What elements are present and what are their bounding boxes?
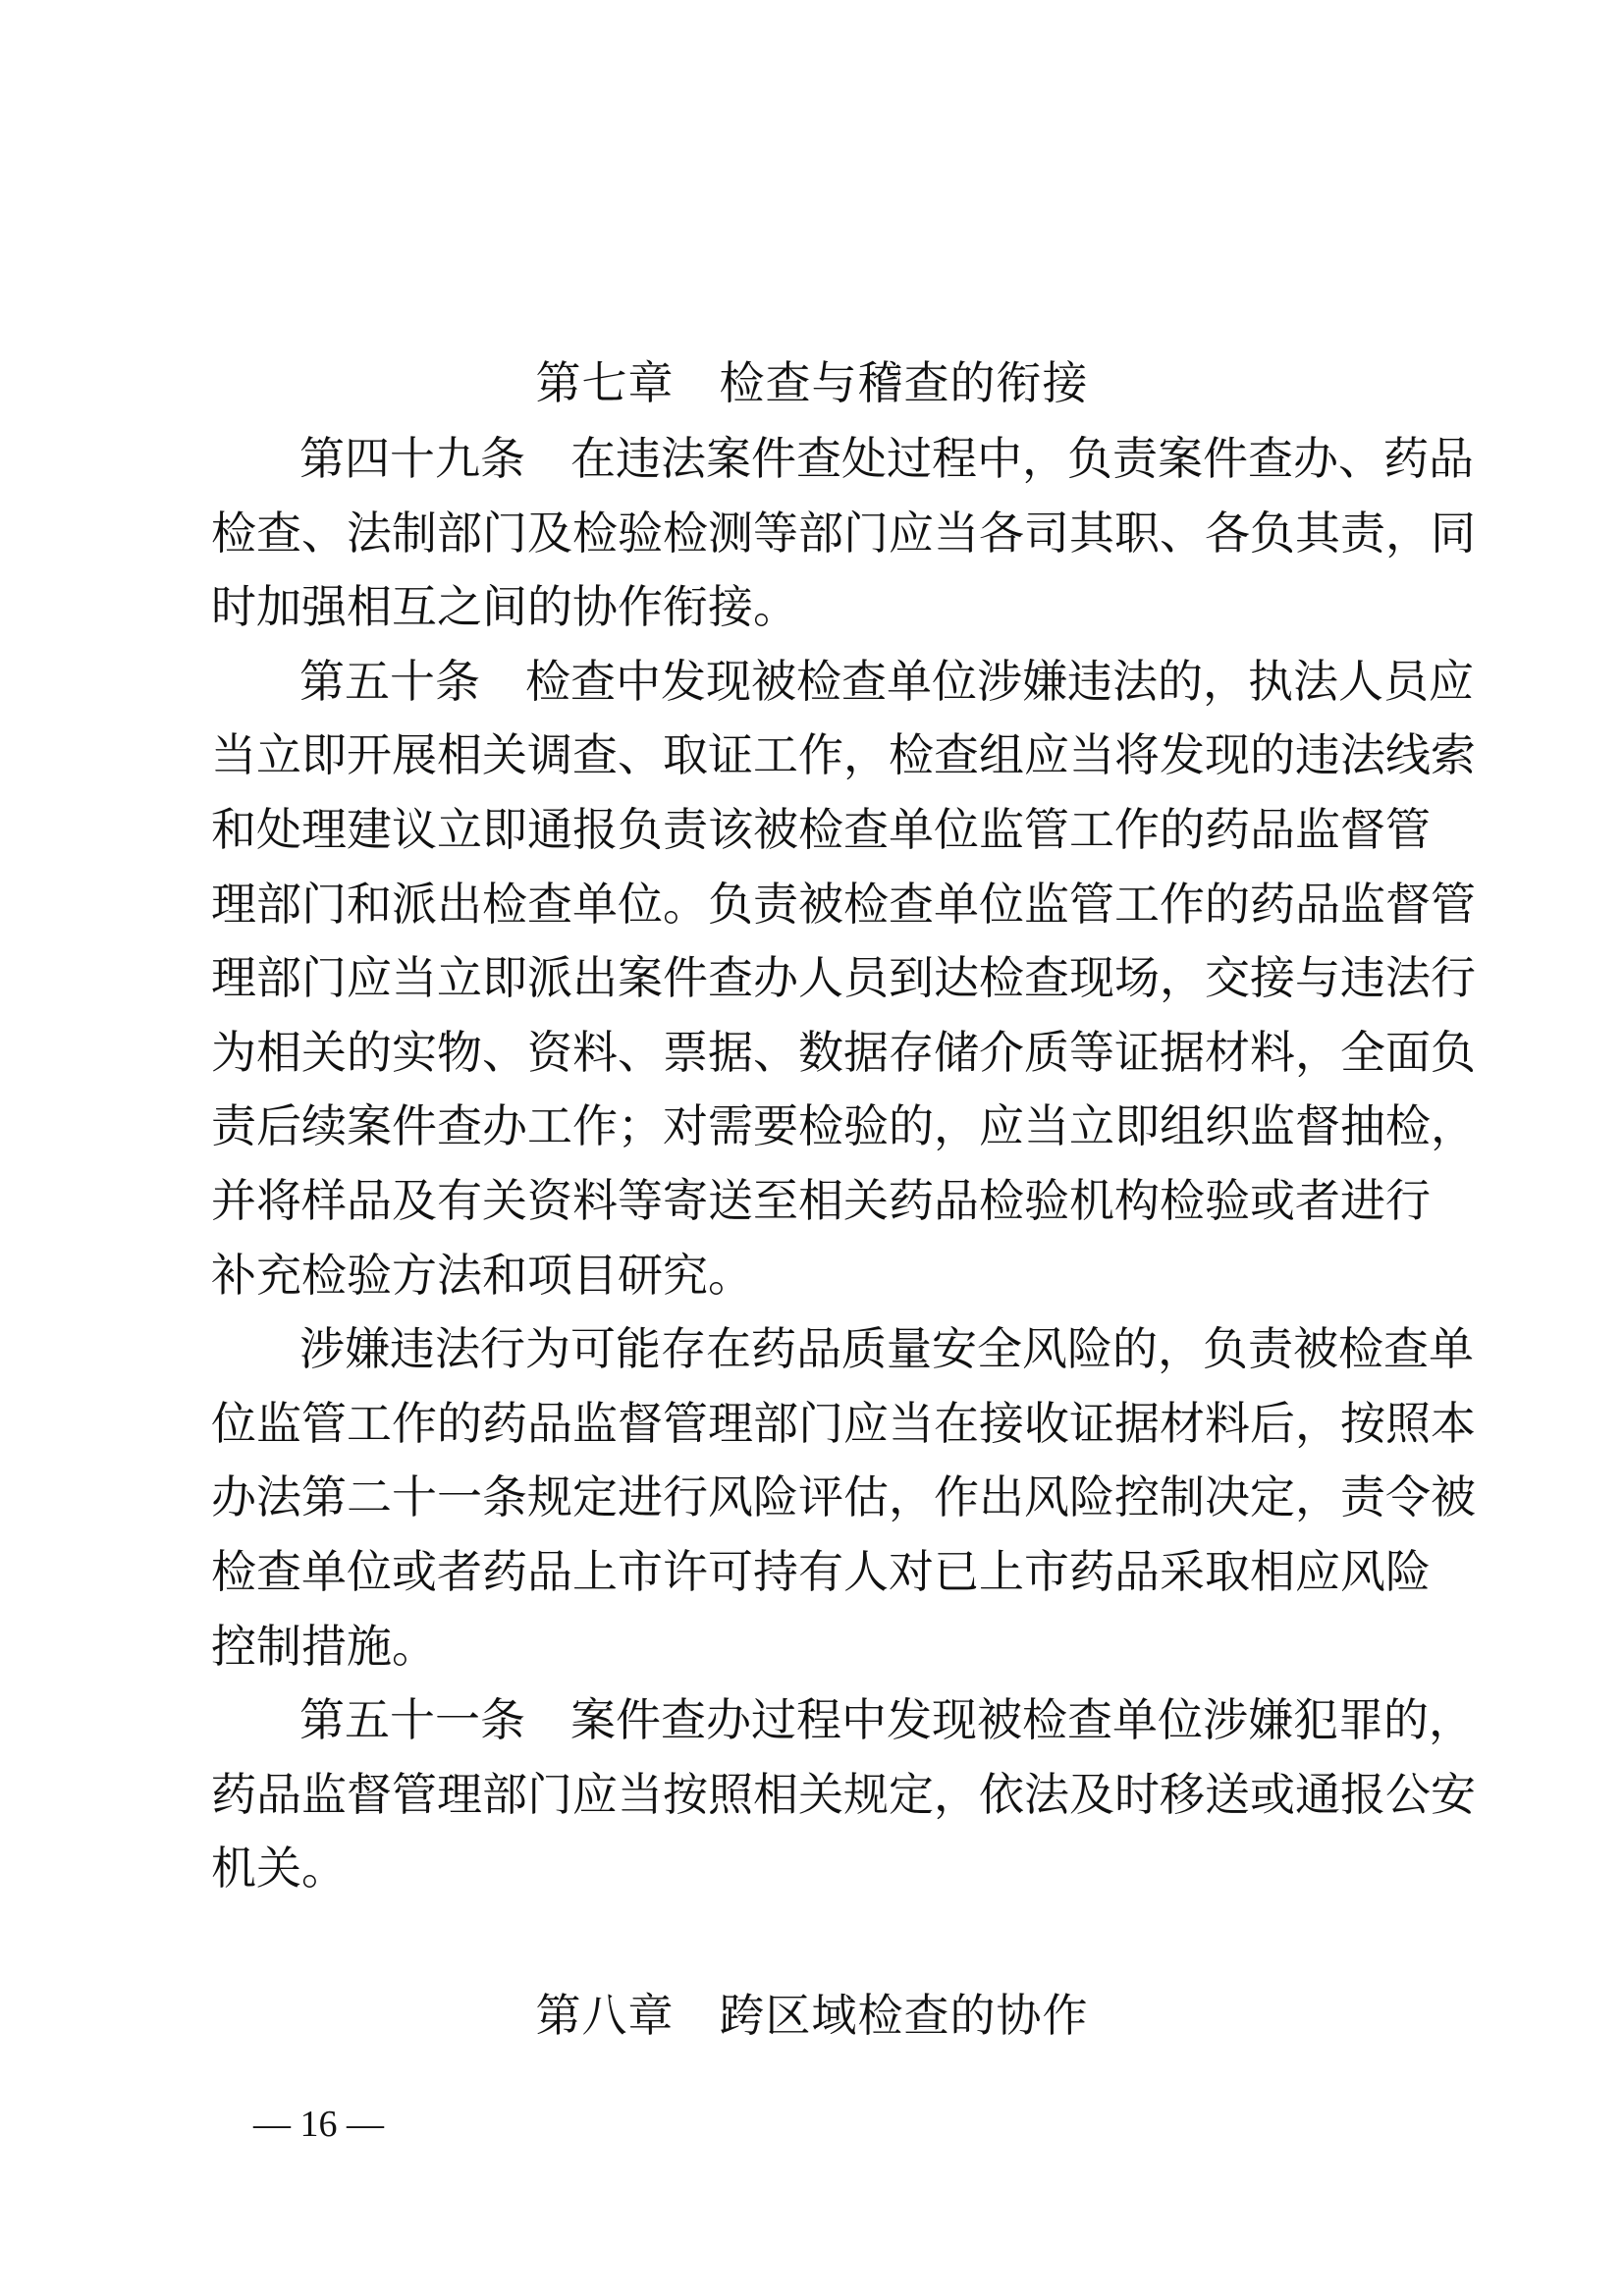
- document-body: 第四十九条 在违法案件查处过程中，负责案件查办、药品检查、法制部门及检验检测等部…: [211, 422, 1431, 1906]
- text-line: 涉嫌违法行为可能存在药品质量安全风险的，负责被检查单: [211, 1312, 1431, 1387]
- text-line: 补充检验方法和项目研究。: [211, 1239, 1431, 1313]
- document-page: 第七章检查与稽查的衔接 第四十九条 在违法案件查处过程中，负责案件查办、药品检查…: [0, 0, 1624, 2296]
- text-line: 时加强相互之间的协作衔接。: [211, 570, 1431, 645]
- text-line: 第五十一条 案件查办过程中发现被检查单位涉嫌犯罪的，: [211, 1683, 1431, 1758]
- chapter-8-number: 第八章: [536, 1989, 675, 2042]
- text-line: 第五十条 检查中发现被检查单位涉嫌违法的，执法人员应: [211, 645, 1431, 720]
- chapter-8-heading: 第八章跨区域检查的协作: [0, 1978, 1624, 2053]
- text-line: 药品监督管理部门应当按照相关规定，依法及时移送或通报公安: [211, 1758, 1431, 1833]
- text-line: 第四十九条 在违法案件查处过程中，负责案件查办、药品: [211, 422, 1431, 497]
- text-line: 责后续案件查办工作；对需要检验的，应当立即组织监督抽检，: [211, 1090, 1431, 1164]
- text-line: 机关。: [211, 1832, 1431, 1906]
- text-line: 为相关的实物、资料、票据、数据存储介质等证据材料，全面负: [211, 1016, 1431, 1091]
- text-line: 控制措施。: [211, 1610, 1431, 1684]
- page-number: — 16 —: [253, 2101, 384, 2148]
- text-line: 和处理建议立即通报负责该被检查单位监管工作的药品监督管: [211, 793, 1431, 868]
- chapter-7-title: 检查与稽查的衔接: [720, 356, 1089, 409]
- chapter-8-title: 跨区域检查的协作: [720, 1989, 1089, 2042]
- text-line: 位监管工作的药品监督管理部门应当在接收证据材料后，按照本: [211, 1387, 1431, 1462]
- text-line: 检查、法制部门及检验检测等部门应当各司其职、各负其责，同: [211, 497, 1431, 571]
- text-line: 检查单位或者药品上市许可持有人对已上市药品采取相应风险: [211, 1535, 1431, 1610]
- text-line: 理部门应当立即派出案件查办人员到达检查现场，交接与违法行: [211, 941, 1431, 1016]
- chapter-7-heading: 第七章检查与稽查的衔接: [0, 346, 1624, 420]
- text-line: 当立即开展相关调查、取证工作，检查组应当将发现的违法线索: [211, 719, 1431, 793]
- chapter-7-number: 第七章: [536, 356, 675, 409]
- text-line: 理部门和派出检查单位。负责被检查单位监管工作的药品监督管: [211, 868, 1431, 942]
- text-line: 并将样品及有关资料等寄送至相关药品检验机构检验或者进行: [211, 1164, 1431, 1239]
- text-line: 办法第二十一条规定进行风险评估，作出风险控制决定，责令被: [211, 1461, 1431, 1535]
